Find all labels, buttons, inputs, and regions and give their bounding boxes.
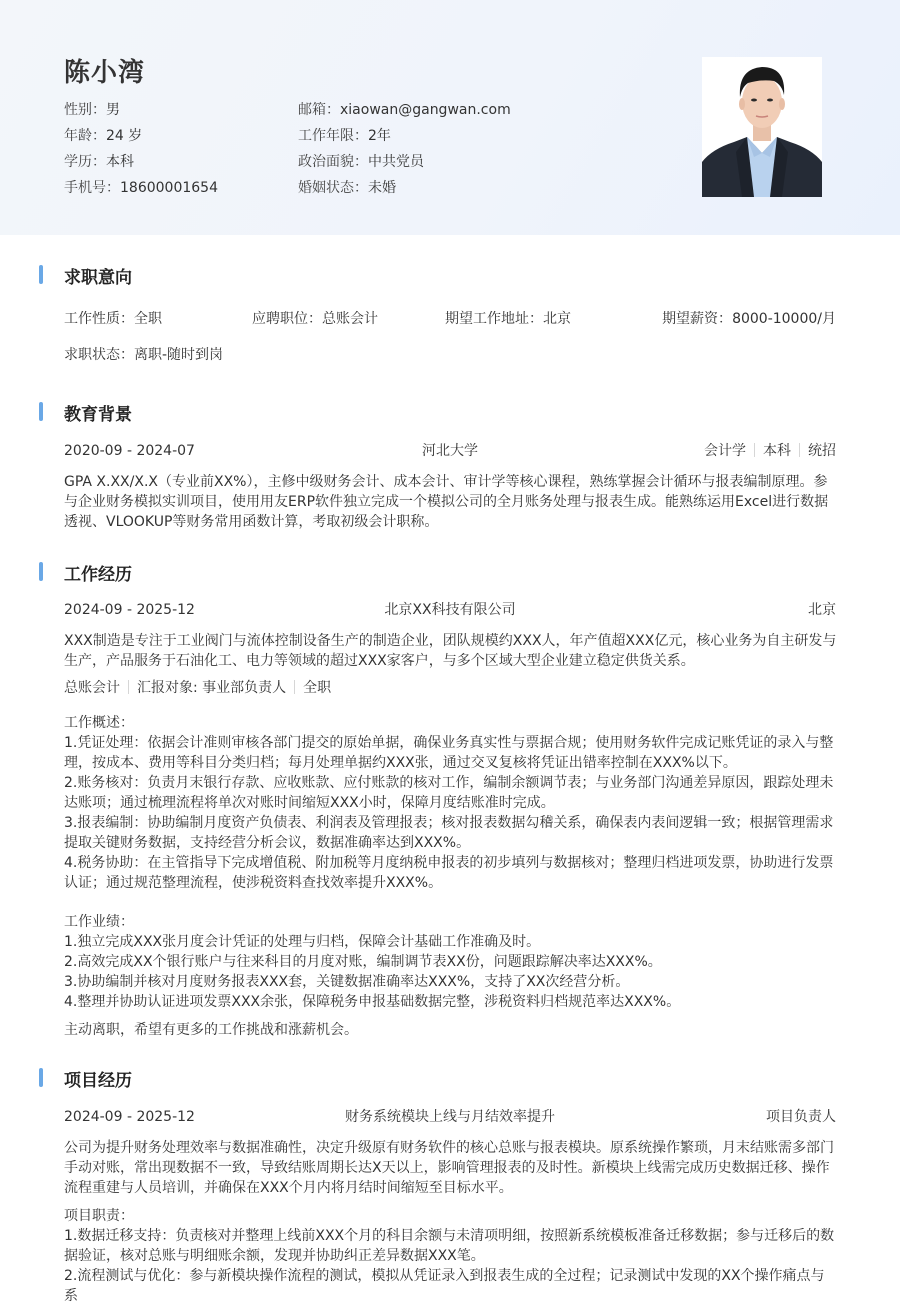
- work-report-to: 汇报对象: 事业部负责人: [137, 680, 286, 696]
- work-achievement-item: 1.独立完成XXX张月度会计凭证的处理与归档，保障会计基础工作准确及时。: [64, 932, 838, 952]
- info-value: 男: [106, 102, 120, 118]
- section-accent-bar: [39, 265, 43, 284]
- info-political-status: 政治面貌：中共党员: [298, 152, 424, 172]
- info-value: 2年: [368, 128, 391, 144]
- profile-photo: [702, 57, 822, 197]
- info-value: 未婚: [368, 180, 396, 196]
- section-title-project: 项目经历: [64, 1066, 132, 1091]
- info-gender: 性别：男: [64, 100, 120, 120]
- project-duty-item: 2.流程测试与优化：参与新模块操作流程的测试，模拟从凭证录入到报表生成的全过程；…: [64, 1266, 838, 1275]
- info-work-years: 工作年限：2年: [298, 126, 391, 146]
- info-label: 婚姻状态：: [298, 180, 368, 196]
- info-value[interactable]: xiaowan@gangwan.com: [340, 102, 511, 118]
- project-role: 项目负责人: [766, 1107, 836, 1127]
- work-overview-label: 工作概述：: [64, 713, 838, 733]
- divider: [799, 443, 800, 457]
- info-age: 年龄：24 岁: [64, 126, 142, 146]
- info-value: 中共党员: [368, 154, 424, 170]
- info-label: 工作年限：: [298, 128, 368, 144]
- work-achievement-item: 3.协助编制并核对月度财务报表XXX套，关键数据准确率达XXX%，支持了XX次经…: [64, 972, 838, 992]
- info-education: 学历：本科: [64, 152, 134, 172]
- intent-label: 期望薪资：: [662, 311, 732, 327]
- divider: [294, 680, 295, 694]
- intent-label: 工作性质：: [64, 311, 134, 327]
- work-achievements: 工作业绩： 1.独立完成XXX张月度会计凭证的处理与归档，保障会计基础工作准确及…: [64, 912, 838, 1012]
- info-phone: 手机号：18600001654: [64, 178, 218, 198]
- resume-header: 陈小湾 性别：男 年龄：24 岁 学历：本科 手机号：18600001654 邮…: [0, 0, 900, 235]
- work-overview-item: 4.税务协助：在主管指导下完成增值税、附加税等月度纳税申报表的初步填列与数据核对…: [64, 853, 838, 893]
- intent-value: 8000-10000/月: [732, 311, 836, 327]
- work-title: 总账会计: [64, 680, 120, 696]
- intent-value: 全职: [134, 311, 162, 327]
- intent-label: 应聘职位：: [252, 311, 322, 327]
- work-company: 北京XX科技有限公司: [64, 600, 836, 620]
- intent-work-type: 工作性质：全职: [64, 309, 162, 329]
- intent-position: 应聘职位：总账会计: [252, 309, 378, 329]
- divider: [128, 680, 129, 694]
- work-overview: 工作概述： 1.凭证处理：依据会计准则审核各部门提交的原始单据，确保业务真实性与…: [64, 713, 838, 893]
- education-description: GPA X.XX/X.X（专业前XX%），主修中级财务会计、成本会计、审计学等核…: [64, 472, 838, 532]
- intent-salary: 期望薪资：8000-10000/月: [662, 309, 836, 329]
- intent-value: 总账会计: [322, 311, 378, 327]
- info-label: 性别：: [64, 102, 106, 118]
- education-degree: 本科: [763, 443, 791, 459]
- work-header-row: 2024-09 - 2025-12 北京XX科技有限公司 北京: [64, 600, 836, 620]
- info-label: 政治面貌：: [298, 154, 368, 170]
- info-value: 本科: [106, 154, 134, 170]
- intent-label: 期望工作地址：: [445, 311, 543, 327]
- divider: [754, 443, 755, 457]
- education-enrollment: 统招: [808, 443, 836, 459]
- info-value: 18600001654: [120, 180, 218, 196]
- work-leave-reason: 主动离职，希望有更多的工作挑战和涨薪机会。: [64, 1020, 838, 1040]
- education-major: 会计学: [704, 443, 746, 459]
- section-title-education: 教育背景: [64, 400, 132, 425]
- info-email: 邮箱：xiaowan@gangwan.com: [298, 100, 511, 120]
- section-title-work: 工作经历: [64, 560, 132, 585]
- section-accent-bar: [39, 562, 43, 581]
- work-overview-item: 2.账务核对：负责月末银行存款、应收账款、应付账款的核对工作，编制余额调节表；与…: [64, 773, 838, 813]
- project-duties: 项目职责： 1.数据迁移支持：负责核对并整理上线前XXX个月的科目余额与未清项明…: [64, 1206, 838, 1275]
- project-header-row: 2024-09 - 2025-12 财务系统模块上线与月结效率提升 项目负责人: [64, 1107, 836, 1127]
- work-location: 北京: [808, 600, 836, 620]
- info-marital-status: 婚姻状态：未婚: [298, 178, 396, 198]
- intent-value: 北京: [543, 311, 571, 327]
- work-overview-item: 1.凭证处理：依据会计准则审核各部门提交的原始单据，确保业务真实性与票据合规；使…: [64, 733, 838, 773]
- intent-location: 期望工作地址：北京: [445, 309, 571, 329]
- section-accent-bar: [39, 1068, 43, 1087]
- info-label: 学历：: [64, 154, 106, 170]
- work-achievement-item: 4.整理并协助认证进项发票XXX余张，保障税务申报基础数据完整，涉税资料归档规范…: [64, 992, 838, 1012]
- info-value: 24 岁: [106, 128, 142, 144]
- info-label: 手机号：: [64, 180, 120, 196]
- work-achievement-item: 2.高效完成XX个银行账户与往来科目的月度对账，编制调节表XX份，问题跟踪解决率…: [64, 952, 838, 972]
- work-type: 全职: [303, 680, 331, 696]
- section-accent-bar: [39, 402, 43, 421]
- person-portrait-icon: [702, 57, 822, 197]
- project-name: 财务系统模块上线与月结效率提升: [64, 1107, 836, 1127]
- intent-value: 离职-随时到岗: [134, 347, 223, 363]
- candidate-name: 陈小湾: [64, 52, 145, 89]
- education-header-row: 2020-09 - 2024-07 河北大学 会计学本科统招: [64, 441, 836, 461]
- section-title-job-intent: 求职意向: [64, 263, 132, 288]
- intent-label: 求职状态：: [64, 347, 134, 363]
- project-duties-label: 项目职责：: [64, 1206, 838, 1226]
- project-duty-item: 1.数据迁移支持：负责核对并整理上线前XXX个月的科目余额与未清项明细，按照新系…: [64, 1226, 838, 1266]
- work-company-intro: XXX制造是专注于工业阀门与流体控制设备生产的制造企业，团队规模约XXX人，年产…: [64, 631, 838, 671]
- work-tags-row: 总账会计汇报对象: 事业部负责人全职: [64, 678, 836, 698]
- education-tags: 会计学本科统招: [704, 441, 836, 461]
- work-achievements-label: 工作业绩：: [64, 912, 838, 932]
- project-description: 公司为提升财务处理效率与数据准确性，决定升级原有财务软件的核心总账与报表模块。原…: [64, 1138, 838, 1198]
- work-overview-item: 3.报表编制：协助编制月度资产负债表、利润表及管理报表；核对报表数据勾稽关系，确…: [64, 813, 838, 853]
- info-label: 邮箱：: [298, 102, 340, 118]
- info-label: 年龄：: [64, 128, 106, 144]
- job-status-row: 求职状态：离职-随时到岗: [64, 345, 836, 365]
